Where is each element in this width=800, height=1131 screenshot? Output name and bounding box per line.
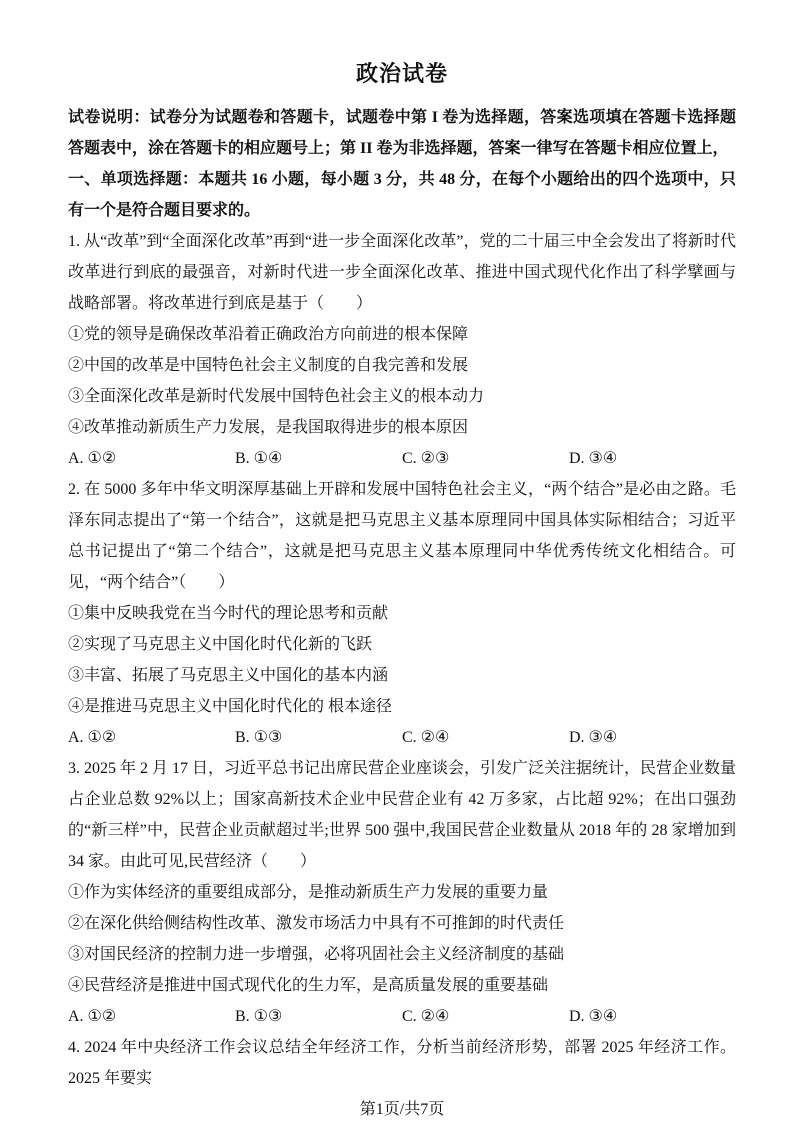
- statement-line: ④民营经济是推进中国式现代化的生力军，是高质量发展的重要基础: [68, 970, 736, 1001]
- option-b: B. ①③: [235, 1001, 402, 1032]
- statement-line: ②在深化供给侧结构性改革、激发市场活力中具有不可推卸的时代责任: [68, 908, 736, 939]
- statement-line: ④改革推动新质生产力发展，是我国取得进步的根本原因: [68, 412, 736, 443]
- statement-line: ③全面深化改革是新时代发展中国特色社会主义的根本动力: [68, 381, 736, 412]
- option-a: A. ①②: [68, 1001, 235, 1032]
- exam-paper-page: 政治试卷 试卷说明：试卷分为试题卷和答题卡，试题卷中第 I 卷为选择题，答案选项…: [0, 0, 800, 1131]
- statement-line: ④是推进马克思主义中国化时代化的 根本途径: [68, 691, 736, 722]
- exam-instructions: 试卷说明：试卷分为试题卷和答题卡，试题卷中第 I 卷为选择题，答案选项填在答题卡…: [68, 102, 736, 164]
- question-stem: 2. 在 5000 多年中华文明深厚基础上开辟和发展中国特色社会主义，“两个结合…: [68, 474, 736, 598]
- option-c: C. ②④: [402, 722, 569, 753]
- question-block-2: 2. 在 5000 多年中华文明深厚基础上开辟和发展中国特色社会主义，“两个结合…: [68, 474, 736, 753]
- page-title: 政治试卷: [68, 58, 736, 90]
- option-a: A. ①②: [68, 722, 235, 753]
- option-d: D. ③④: [569, 1001, 736, 1032]
- option-b: B. ①③: [235, 722, 402, 753]
- question-block-3: 3. 2025 年 2 月 17 日，习近平总书记出席民营企业座谈会，引发广泛关…: [68, 753, 736, 1032]
- question-stem: 1. 从“改革”到“全面深化改革”再到“进一步全面深化改革”，党的二十届三中全会…: [68, 226, 736, 319]
- statement-line: ②实现了马克思主义中国化时代化新的飞跃: [68, 629, 736, 660]
- options-row: A. ①② B. ①④ C. ②③ D. ③④: [68, 443, 736, 474]
- statement-line: ①作为实体经济的重要组成部分，是推动新质生产力发展的重要力量: [68, 877, 736, 908]
- question-block-1: 1. 从“改革”到“全面深化改革”再到“进一步全面深化改革”，党的二十届三中全会…: [68, 226, 736, 474]
- option-c: C. ②③: [402, 443, 569, 474]
- statement-line: ①党的领导是确保改革沿着正确政治方向前进的根本保障: [68, 319, 736, 350]
- option-b: B. ①④: [235, 443, 402, 474]
- question-block-4: 4. 2024 年中央经济工作会议总结全年经济工作，分析当前经济形势，部署 20…: [68, 1032, 736, 1094]
- page-number: 第1页/共7页: [68, 1094, 736, 1125]
- option-a: A. ①②: [68, 443, 235, 474]
- statement-line: ②中国的改革是中国特色社会主义制度的自我完善和发展: [68, 350, 736, 381]
- statement-line: ③丰富、拓展了马克思主义中国化的基本内涵: [68, 660, 736, 691]
- question-stem: 4. 2024 年中央经济工作会议总结全年经济工作，分析当前经济形势，部署 20…: [68, 1032, 736, 1094]
- section-heading: 一、单项选择题：本题共 16 小题，每小题 3 分，共 48 分，在每个小题给出…: [68, 164, 736, 226]
- option-c: C. ②④: [402, 1001, 569, 1032]
- statement-line: ③对国民经济的控制力进一步增强，必将巩固社会主义经济制度的基础: [68, 939, 736, 970]
- option-d: D. ③④: [569, 722, 736, 753]
- options-row: A. ①② B. ①③ C. ②④ D. ③④: [68, 1001, 736, 1032]
- question-stem: 3. 2025 年 2 月 17 日，习近平总书记出席民营企业座谈会，引发广泛关…: [68, 753, 736, 877]
- option-d: D. ③④: [569, 443, 736, 474]
- options-row: A. ①② B. ①③ C. ②④ D. ③④: [68, 722, 736, 753]
- statement-line: ①集中反映我党在当今时代的理论思考和贡献: [68, 598, 736, 629]
